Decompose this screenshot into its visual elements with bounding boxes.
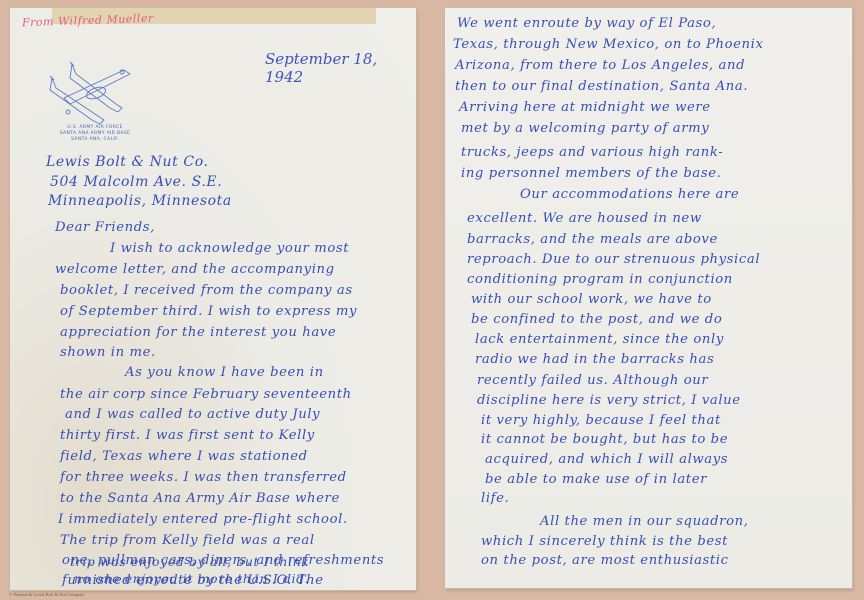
text-line: and I was called to active duty July [65,407,320,422]
text-line: to the Santa Ana Army Air Base where [60,491,340,506]
copyright-notice: © Pearson & Lewis Bolt & Nut Company [9,592,85,597]
text-line: appreciation for the interest you have [60,325,336,340]
text-line: the air corp since February seventeenth [60,387,352,402]
text-line: of September third. I wish to express my [60,304,357,319]
text-line: with our school work, we have to [471,292,712,307]
letterhead: U.S. ARMY AIR FORCE SANTA ANA ARMY AIR B… [40,125,150,143]
text-line: life. [481,491,509,506]
text-line: be confined to the post, and we do [471,312,722,327]
letter-page-2: We went enroute by way of El Paso, Texas… [445,8,852,588]
text-line: As you know I have been in [125,365,324,380]
text-line: it cannot be bought, but has to be [481,432,728,447]
text-line: conditioning program in conjunction [467,272,733,287]
text-line: I immediately entered pre-flight school. [58,512,348,527]
text-line: booklet, I received from the company as [60,283,353,298]
text-line: field, Texas where I was stationed [60,449,308,464]
text-line: recently failed us. Although our [477,373,708,388]
p38-airplane-icon [46,60,142,126]
text-line: lack entertainment, since the only [475,332,724,347]
text-line: We went enroute by way of El Paso, [457,16,716,31]
text-line: I wish to acknowledge your most [110,241,349,256]
text-line: thirty first. I was first sent to Kelly [60,428,315,443]
text-line: Arizona, from there to Los Angeles, and [455,58,745,73]
letter-page-1: From Wilfred Mueller September 18, 1942 … [10,8,416,590]
text-line: it very highly, because I feel that [481,413,721,428]
text-line: acquired, and which I will always [485,452,728,467]
text-line: no one enjoyed it more than I did. [74,571,309,586]
text-line: be able to make use of in later [485,472,707,487]
text-line: shown in me. [60,345,156,360]
text-line: Arriving here at midnight we were [459,100,711,115]
text-line: excellent. We are housed in new [467,211,702,226]
letter-date: September 18, 1942 [265,50,416,86]
address-line: Lewis Bolt & Nut Co. [46,154,209,170]
pencil-annotation: From Wilfred Mueller [22,12,154,30]
text-line: Our accommodations here are [520,187,739,202]
text-line: reproach. Due to our strenuous physical [467,252,760,267]
text-line: met by a welcoming party of army [461,121,709,136]
text-line: radio we had in the barracks has [475,352,714,367]
text-line: then to our final destination, Santa Ana… [455,79,748,94]
address-line: Minneapolis, Minnesota [48,193,232,209]
text-line: on the post, are most enthusiastic [481,553,729,568]
text-line: barracks, and the meals are above [467,232,718,247]
salutation: Dear Friends, [55,220,155,235]
text-line: All the men in our squadron, [540,514,749,529]
text-line: for three weeks. I was then transferred [60,470,347,485]
text-line: The trip from Kelly field was a real [60,533,315,548]
text-line: trucks, jeeps and various high rank- [461,145,723,160]
text-line: Texas, through New Mexico, on to Phoenix [453,37,764,52]
text-line: discipline here is very strict, I value [477,393,741,408]
text-line: ing personnel members of the base. [461,166,721,181]
letterhead-line: SANTA ANA, CALIF. [40,137,150,143]
address-line: 504 Malcolm Ave. S.E. [50,174,222,190]
text-line: which I sincerely think is the best [481,534,728,549]
text-line: welcome letter, and the accompanying [55,262,335,277]
text-line: trip was enjoyed by all, but I think [70,554,309,569]
